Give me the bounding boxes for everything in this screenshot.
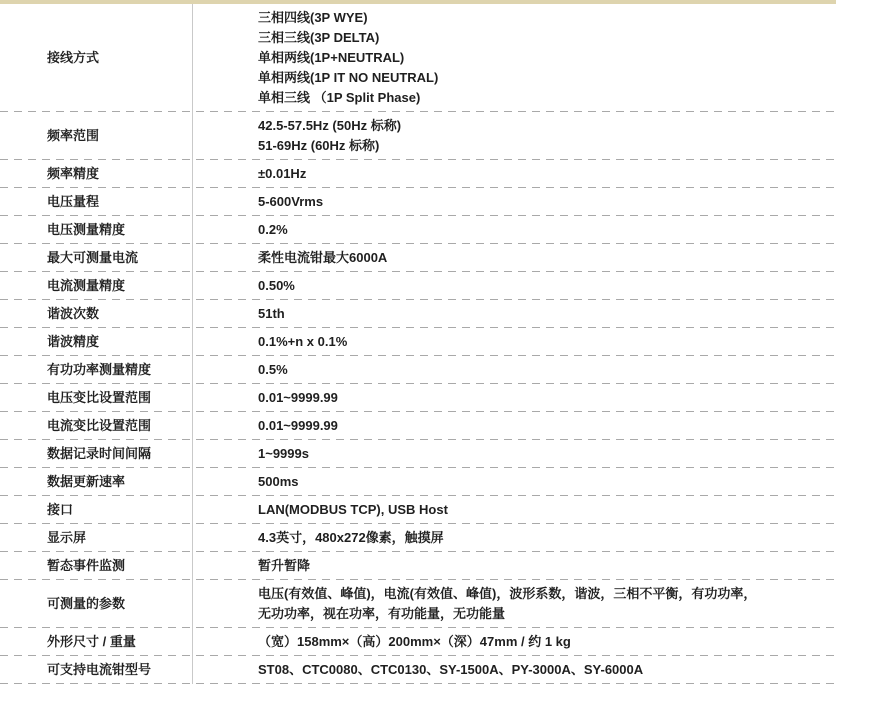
spec-label: 有功功率测量精度 <box>0 356 193 384</box>
spec-sheet-page: 接线方式 三相四线(3P WYE) 三相三线(3P DELTA) 单相两线(1P… <box>0 0 876 707</box>
spec-label: 电压量程 <box>0 188 193 216</box>
spec-label: 可支持电流钳型号 <box>0 656 193 684</box>
spec-label: 数据更新速率 <box>0 468 193 496</box>
spec-label: 数据记录时间间隔 <box>0 440 193 468</box>
spec-label: 电压测量精度 <box>0 216 193 244</box>
spec-label: 谐波精度 <box>0 328 193 356</box>
spec-label: 电压变比设置范围 <box>0 384 193 412</box>
spec-label: 最大可测量电流 <box>0 244 193 272</box>
spec-value: 1~9999s <box>193 440 834 468</box>
spec-row: 电流测量精度 0.50% <box>0 272 834 300</box>
spec-value: （宽）158mm×（高）200mm×（深）47mm / 约 1 kg <box>193 628 834 656</box>
spec-row: 显示屏 4.3英寸，480x272像素，触摸屏 <box>0 524 834 552</box>
spec-value: ±0.01Hz <box>193 160 834 188</box>
spec-value: 0.01~9999.99 <box>193 412 834 440</box>
spec-row: 电压变比设置范围 0.01~9999.99 <box>0 384 834 412</box>
spec-table: 接线方式 三相四线(3P WYE) 三相三线(3P DELTA) 单相两线(1P… <box>0 4 834 684</box>
spec-label: 频率精度 <box>0 160 193 188</box>
spec-row: 频率精度 ±0.01Hz <box>0 160 834 188</box>
spec-row: 可支持电流钳型号 ST08、CTC0080、CTC0130、SY-1500A、P… <box>0 656 834 684</box>
spec-value: 暂升暂降 <box>193 552 834 580</box>
spec-label: 外形尺寸 / 重量 <box>0 628 193 656</box>
spec-value: 0.01~9999.99 <box>193 384 834 412</box>
spec-row: 数据更新速率 500ms <box>0 468 834 496</box>
spec-label: 频率范围 <box>0 112 193 160</box>
spec-value: 4.3英寸，480x272像素，触摸屏 <box>193 524 834 552</box>
spec-value: 柔性电流钳最大6000A <box>193 244 834 272</box>
spec-label: 显示屏 <box>0 524 193 552</box>
spec-value: ST08、CTC0080、CTC0130、SY-1500A、PY-3000A、S… <box>193 656 834 684</box>
spec-row: 电压量程 5-600Vrms <box>0 188 834 216</box>
spec-row: 最大可测量电流 柔性电流钳最大6000A <box>0 244 834 272</box>
spec-value: LAN(MODBUS TCP), USB Host <box>193 496 834 524</box>
spec-row: 暂态事件监测 暂升暂降 <box>0 552 834 580</box>
spec-value: 电压(有效值、峰值)，电流(有效值、峰值)，波形系数，谐波，三相不平衡，有功功率… <box>193 580 834 628</box>
spec-label: 可测量的参数 <box>0 580 193 628</box>
spec-value: 0.1%+n x 0.1% <box>193 328 834 356</box>
spec-value: 42.5-57.5Hz (50Hz 标称) 51-69Hz (60Hz 标称) <box>193 112 834 160</box>
spec-value: 51th <box>193 300 834 328</box>
spec-row: 电流变比设置范围 0.01~9999.99 <box>0 412 834 440</box>
spec-row: 频率范围 42.5-57.5Hz (50Hz 标称) 51-69Hz (60Hz… <box>0 112 834 160</box>
spec-label: 电流测量精度 <box>0 272 193 300</box>
spec-row: 接口 LAN(MODBUS TCP), USB Host <box>0 496 834 524</box>
spec-label: 接口 <box>0 496 193 524</box>
spec-label: 谐波次数 <box>0 300 193 328</box>
spec-value: 0.5% <box>193 356 834 384</box>
spec-row: 接线方式 三相四线(3P WYE) 三相三线(3P DELTA) 单相两线(1P… <box>0 4 834 112</box>
spec-label: 暂态事件监测 <box>0 552 193 580</box>
spec-row: 可测量的参数 电压(有效值、峰值)，电流(有效值、峰值)，波形系数，谐波，三相不… <box>0 580 834 628</box>
spec-row: 谐波次数 51th <box>0 300 834 328</box>
spec-label: 接线方式 <box>0 4 193 112</box>
spec-row: 有功功率测量精度 0.5% <box>0 356 834 384</box>
spec-value: 5-600Vrms <box>193 188 834 216</box>
spec-row: 电压测量精度 0.2% <box>0 216 834 244</box>
spec-value: 500ms <box>193 468 834 496</box>
spec-label: 电流变比设置范围 <box>0 412 193 440</box>
spec-value: 0.50% <box>193 272 834 300</box>
spec-row: 数据记录时间间隔 1~9999s <box>0 440 834 468</box>
spec-row: 谐波精度 0.1%+n x 0.1% <box>0 328 834 356</box>
spec-row: 外形尺寸 / 重量 （宽）158mm×（高）200mm×（深）47mm / 约 … <box>0 628 834 656</box>
spec-value: 三相四线(3P WYE) 三相三线(3P DELTA) 单相两线(1P+NEUT… <box>193 4 834 112</box>
spec-value: 0.2% <box>193 216 834 244</box>
